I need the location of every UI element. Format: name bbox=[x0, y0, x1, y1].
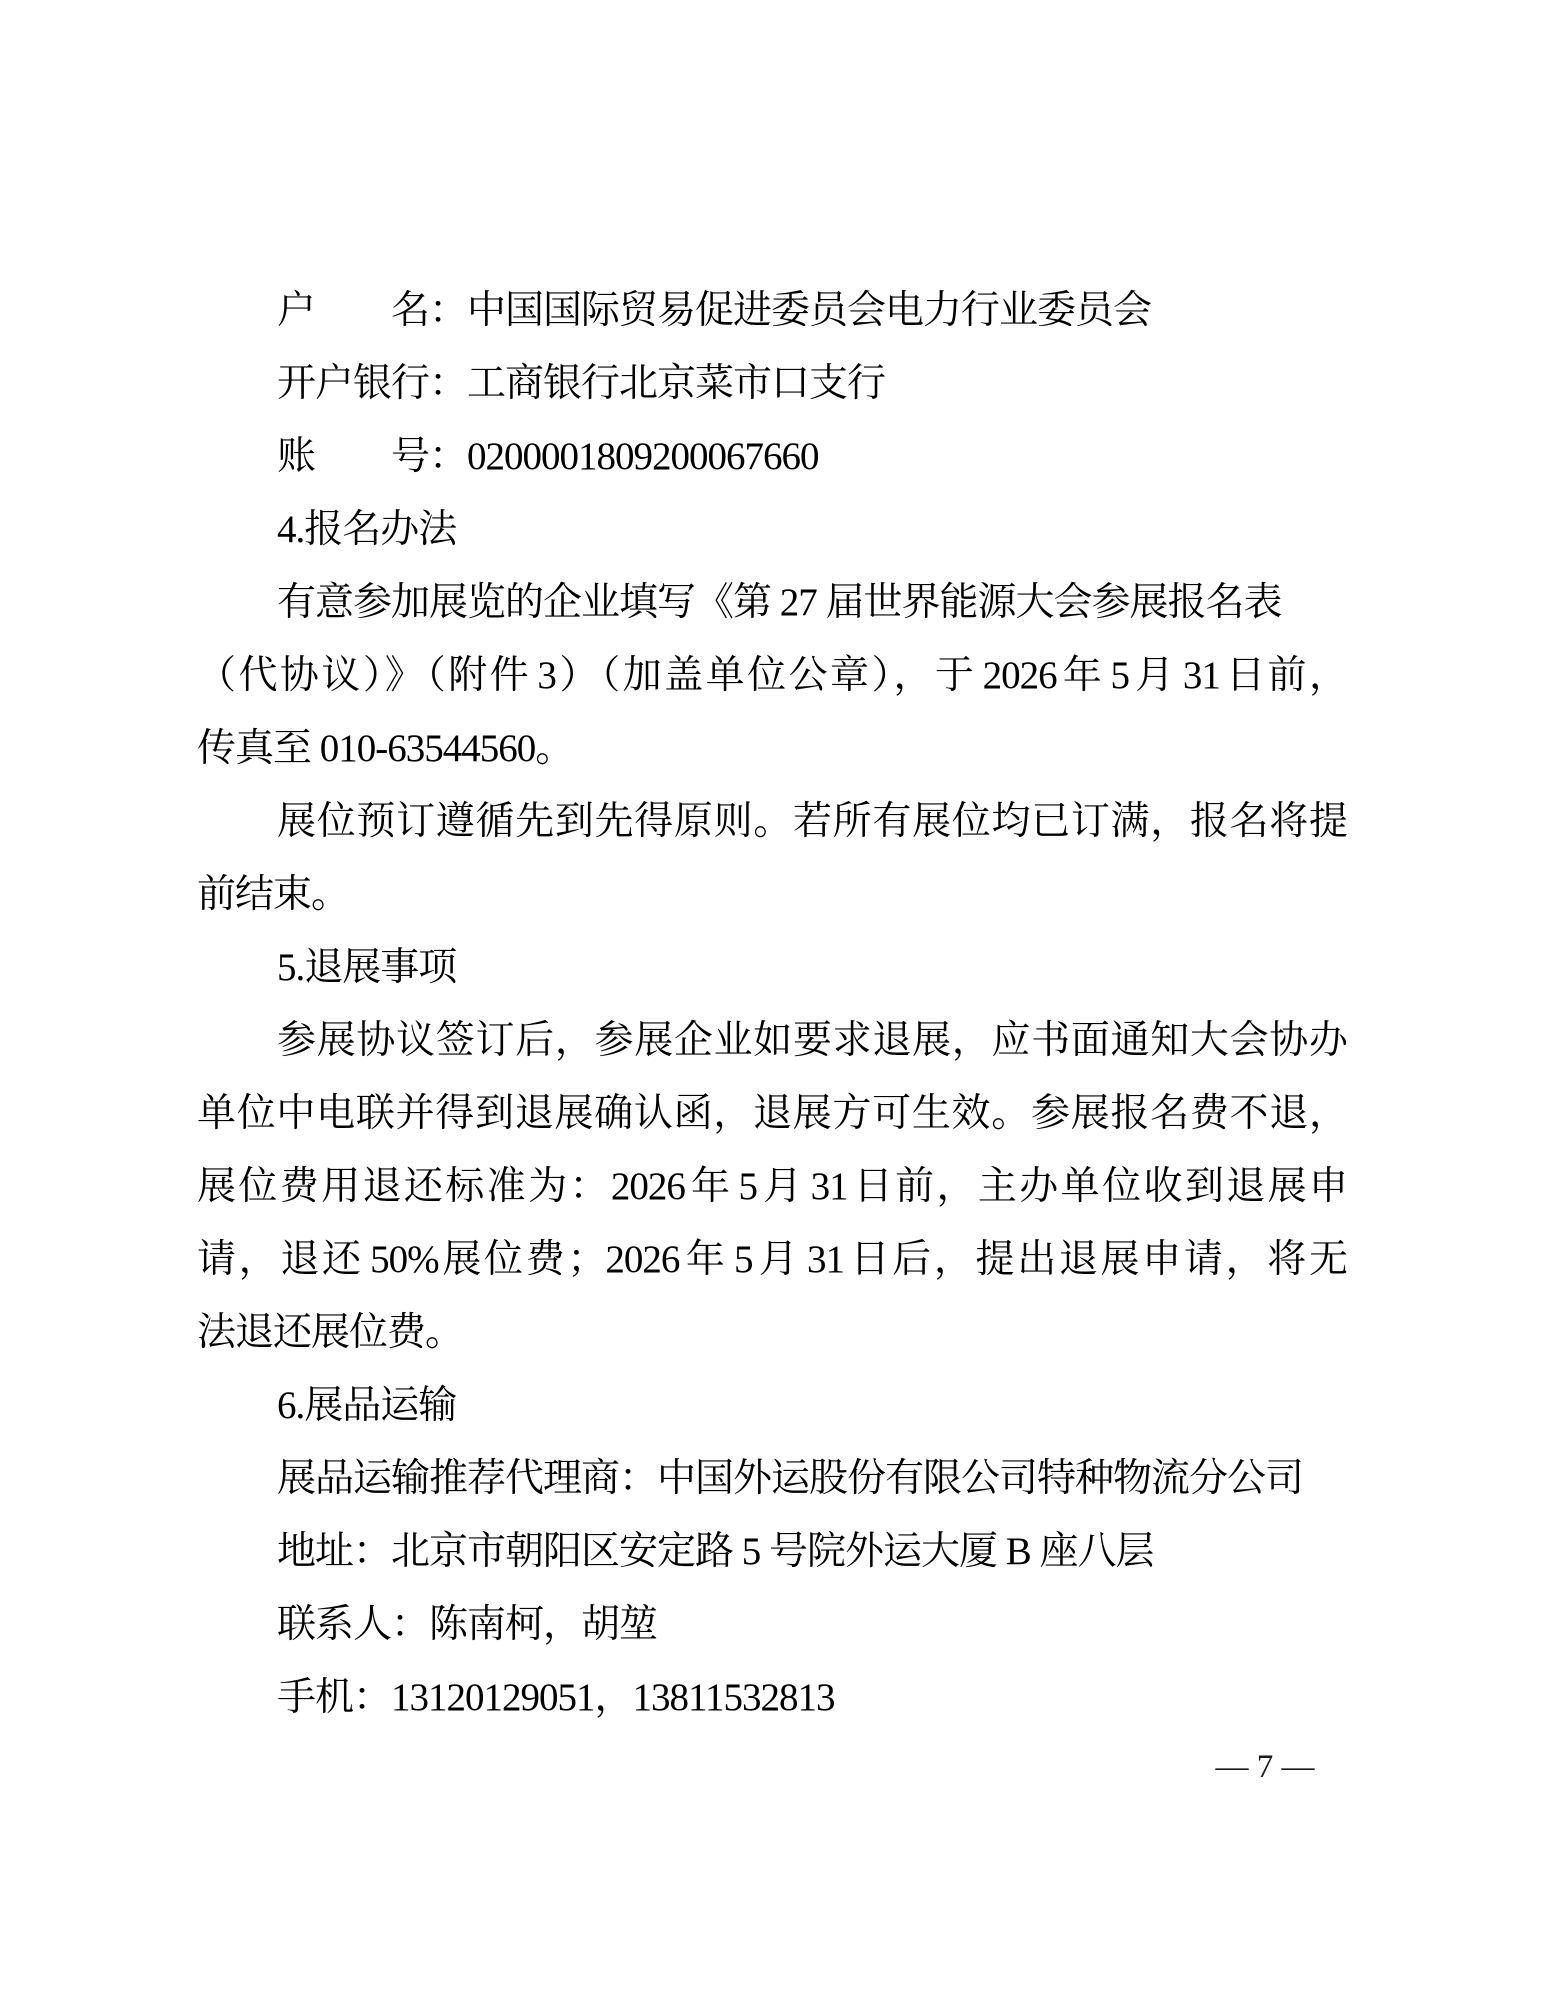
registration-para-line-1: 有意参加展览的企业填写《第 27 届世界能源大会参展报名表 bbox=[197, 566, 1347, 639]
shipping-agent-line: 展品运输推荐代理商：中国外运股份有限公司特种物流分公司 bbox=[197, 1442, 1347, 1515]
shipping-contact-line: 联系人：陈南柯，胡堃 bbox=[197, 1588, 1347, 1661]
withdrawal-para-line-1: 参展协议签订后，参展企业如要求退展，应书面通知大会协办 bbox=[197, 1004, 1347, 1077]
booking-para-line-2: 前结束。 bbox=[197, 858, 1347, 931]
withdrawal-para-line-3: 展位费用退还标准为：2026 年 5 月 31 日前，主办单位收到退展申 bbox=[197, 1150, 1347, 1223]
account-number-line: 账 号：0200001809200067660 bbox=[197, 420, 1347, 493]
section-heading-registration: 4.报名办法 bbox=[197, 493, 1347, 566]
withdrawal-para-line-5: 法退还展位费。 bbox=[197, 1296, 1347, 1369]
bank-name-line: 开户银行：工商银行北京菜市口支行 bbox=[197, 347, 1347, 420]
registration-para-line-3: 传真至 010-63544560。 bbox=[197, 712, 1347, 785]
registration-para-line-2: （代协议）》（附件 3）（加盖单位公章），于 2026 年 5 月 31 日前， bbox=[197, 639, 1347, 712]
section-heading-shipping: 6.展品运输 bbox=[197, 1369, 1347, 1442]
withdrawal-para-line-2: 单位中电联并得到退展确认函，退展方可生效。参展报名费不退， bbox=[197, 1077, 1347, 1150]
document-page: 户 名：中国国际贸易促进委员会电力行业委员会 开户银行：工商银行北京菜市口支行 … bbox=[0, 0, 1545, 2000]
account-name-line: 户 名：中国国际贸易促进委员会电力行业委员会 bbox=[197, 274, 1347, 347]
withdrawal-para-line-4: 请，退还 50%展位费；2026 年 5 月 31 日后，提出退展申请，将无 bbox=[197, 1223, 1347, 1296]
shipping-address-line: 地址：北京市朝阳区安定路 5 号院外运大厦 B 座八层 bbox=[197, 1515, 1347, 1588]
page-number: — 7 — bbox=[1180, 1744, 1350, 1790]
section-heading-withdrawal: 5.退展事项 bbox=[197, 931, 1347, 1004]
document-body: 户 名：中国国际贸易促进委员会电力行业委员会 开户银行：工商银行北京菜市口支行 … bbox=[197, 274, 1347, 1734]
shipping-phone-line: 手机：13120129051，13811532813 bbox=[197, 1661, 1347, 1734]
booking-para-line-1: 展位预订遵循先到先得原则。若所有展位均已订满，报名将提 bbox=[197, 785, 1347, 858]
